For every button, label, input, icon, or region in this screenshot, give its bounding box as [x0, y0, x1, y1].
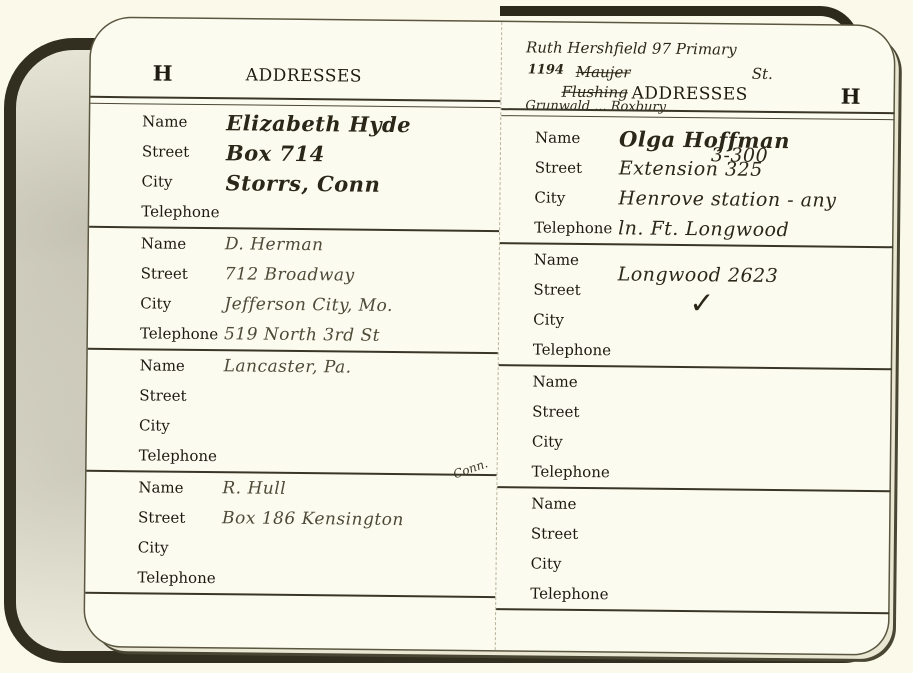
name-field[interactable]: Name Elizabeth Hyde	[90, 106, 500, 140]
telephone-field[interactable]: Telephone	[497, 456, 890, 490]
telephone-label: Telephone	[533, 340, 617, 359]
telephone-field[interactable]: Telephone	[87, 440, 497, 474]
city-label: City	[140, 294, 224, 313]
name-field[interactable]: Name R. Hull	[86, 472, 496, 506]
name-label: Name	[141, 234, 225, 253]
street-value: Box 714	[226, 140, 325, 166]
telephone-label: Telephone	[140, 324, 224, 343]
city-field[interactable]: City	[496, 548, 889, 582]
check-mark-icon: ✓	[689, 286, 715, 321]
telephone-label: Telephone	[530, 584, 614, 603]
name-field[interactable]: Name	[497, 488, 890, 522]
street-label: Street	[139, 386, 223, 405]
header-note-line1: Ruth Hershfield 97 Primary	[526, 38, 737, 58]
page-header: ADDRESSES H	[502, 64, 895, 98]
city-label: City	[533, 310, 617, 329]
street-field[interactable]: Street	[497, 518, 890, 552]
city-value: Storrs, Conn	[225, 170, 380, 197]
entry-list: Name Olga Hoffman 3-300 Street Extension…	[496, 122, 894, 614]
city-label: City	[138, 538, 222, 557]
city-field[interactable]: City	[86, 532, 496, 566]
city-label: City	[532, 432, 616, 451]
name-value: D. Herman	[225, 234, 324, 255]
street-label: Street	[532, 402, 616, 421]
address-entry: Name D. Herman Street 712 Broadway City …	[88, 228, 499, 354]
entry-list: Name Elizabeth Hyde Street Box 714 City …	[85, 106, 500, 598]
city-label: City	[534, 188, 618, 207]
telephone-field[interactable]: Telephone	[89, 196, 499, 230]
page-title: ADDRESSES	[631, 83, 747, 104]
street-label: Street	[138, 508, 222, 527]
city-field[interactable]: City Henrove station - any	[500, 182, 893, 216]
name-field[interactable]: Name	[498, 366, 891, 400]
name-label: Name	[534, 250, 618, 269]
header-divider	[501, 108, 894, 120]
name-value: R. Hull	[222, 478, 286, 499]
city-field[interactable]: City	[498, 426, 891, 460]
address-entry: Name Olga Hoffman 3-300 Street Extension…	[500, 122, 894, 248]
street-value: Box 186 Kensington	[222, 508, 404, 530]
city-field[interactable]: City	[87, 410, 497, 444]
city-value: Jefferson City, Mo.	[224, 294, 393, 316]
street-field[interactable]: Street	[498, 396, 891, 430]
street-field[interactable]: Street Box 186 Kensington	[86, 502, 496, 536]
street-field[interactable]: Street	[87, 380, 497, 414]
name-label: Name	[535, 128, 619, 147]
telephone-label: Telephone	[141, 202, 225, 221]
street-value: Extension 325	[619, 157, 763, 181]
city-field[interactable]: City Jefferson City, Mo.	[88, 288, 498, 322]
name-field[interactable]: Name Lancaster, Pa.	[88, 350, 498, 384]
telephone-value: 519 North 3rd St	[224, 324, 380, 346]
page-title: ADDRESSES	[246, 65, 362, 86]
street-label: Street	[535, 158, 619, 177]
street-value: 712 Broadway	[225, 264, 355, 285]
address-entry: Name Elizabeth Hyde Street Box 714 City …	[89, 106, 500, 232]
address-entry: Name R. Hull Street Box 186 Kensington C…	[85, 472, 496, 598]
address-book: H ADDRESSES Name Elizabeth Hyde Street B…	[85, 18, 895, 654]
telephone-label: Telephone	[531, 462, 615, 481]
street-field[interactable]: Street Extension 325	[501, 152, 894, 186]
address-entry: Name Street City Telephone	[496, 488, 890, 614]
name-label: Name	[142, 112, 226, 131]
street-field[interactable]: Street Box 714	[90, 136, 500, 170]
street-label: Street	[533, 280, 617, 299]
name-label: Name	[138, 478, 222, 497]
street-label: Street	[531, 524, 615, 543]
name-value: Elizabeth Hyde	[226, 110, 411, 137]
telephone-field[interactable]: Telephone 519 North 3rd St	[88, 318, 498, 352]
name-field[interactable]: Name D. Herman	[89, 228, 499, 262]
city-label: City	[142, 172, 226, 191]
left-page: H ADDRESSES Name Elizabeth Hyde Street B…	[85, 18, 502, 650]
telephone-field[interactable]: Telephone	[499, 334, 892, 368]
telephone-label: Telephone	[137, 568, 221, 587]
name-field[interactable]: Name Olga Hoffman 3-300	[501, 122, 894, 156]
telephone-field[interactable]: Telephone ln. Ft. Longwood	[500, 212, 893, 246]
telephone-label: Telephone	[139, 446, 223, 465]
address-entry: Name Street City Telephone	[497, 366, 891, 492]
name-label: Name	[140, 356, 224, 375]
right-page: Ruth Hershfield 97 Primary 1194 Maujer S…	[495, 22, 896, 654]
index-letter: H	[841, 84, 861, 109]
page-header: H ADDRESSES	[91, 60, 501, 94]
street-label: Street	[141, 264, 225, 283]
index-letter: H	[153, 60, 173, 85]
telephone-label: Telephone	[534, 218, 618, 237]
name-field[interactable]: Name Longwood 2623	[500, 244, 893, 278]
name-label: Name	[531, 494, 615, 513]
address-entry: Name Lancaster, Pa. Street City Telephon…	[87, 350, 498, 476]
name-label: Name	[532, 372, 616, 391]
telephone-field[interactable]: Telephone	[496, 578, 889, 612]
city-label: City	[139, 416, 223, 435]
street-label: Street	[142, 142, 226, 161]
telephone-field[interactable]: Telephone	[85, 562, 495, 596]
city-field[interactable]: City Storrs, Conn	[89, 166, 499, 200]
telephone-value: ln. Ft. Longwood	[618, 217, 789, 241]
city-value: Henrove station - any	[618, 187, 836, 211]
name-value: Lancaster, Pa.	[224, 356, 352, 377]
street-field[interactable]: Street 712 Broadway	[88, 258, 498, 292]
city-label: City	[531, 554, 615, 573]
